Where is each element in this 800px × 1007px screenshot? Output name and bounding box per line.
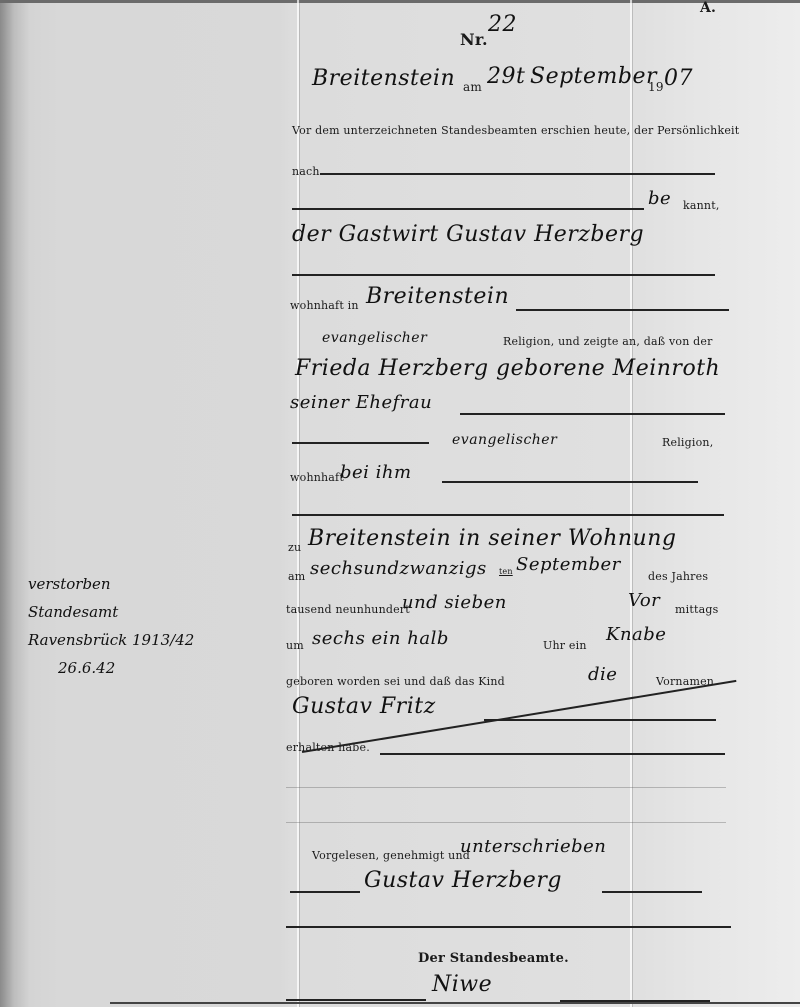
approved-label: Vorgelesen, genehmigt und bbox=[312, 849, 470, 862]
blank-line bbox=[484, 719, 716, 721]
birth-year-words: und sieben bbox=[402, 592, 507, 613]
residence-value: Breitenstein bbox=[366, 284, 509, 309]
registrar-signature: Niwe bbox=[432, 972, 492, 997]
guide-line bbox=[286, 822, 726, 823]
blank-line bbox=[292, 274, 715, 276]
margin-line: verstorben bbox=[28, 570, 194, 598]
form-letter: A. bbox=[700, 0, 716, 16]
number-label: Nr. bbox=[460, 30, 488, 49]
blank-line bbox=[516, 309, 729, 311]
mother-religion: evangelischer bbox=[452, 432, 557, 448]
birth-day-label: am bbox=[288, 570, 305, 583]
birth-day: sechsundzwanzigs bbox=[310, 558, 487, 579]
mother-residence: bei ihm bbox=[340, 462, 412, 483]
um-label: um bbox=[286, 639, 304, 652]
fold-crease-left bbox=[297, 0, 299, 1007]
birth-day-suffix: ten bbox=[499, 567, 513, 576]
margin-line: 26.6.42 bbox=[28, 654, 194, 682]
registrar-title: Der Standesbeamte. bbox=[418, 951, 569, 966]
blank-line bbox=[442, 481, 698, 483]
mother-name: Frieda Herzberg geborene Meinroth bbox=[295, 356, 720, 381]
religion-label-2: Religion, bbox=[662, 436, 713, 449]
fold-crease-right bbox=[630, 0, 632, 1007]
year-prefix: 19 bbox=[648, 80, 664, 94]
blank-line bbox=[602, 891, 702, 893]
residence-label: wohnhaft in bbox=[290, 299, 359, 312]
child-given-names: Gustav Fritz bbox=[292, 694, 436, 719]
margin-line: Ravensbrück 1913/42 bbox=[28, 626, 194, 654]
informant-signature: Gustav Herzberg bbox=[364, 868, 562, 893]
blank-line bbox=[292, 514, 724, 516]
year-suffix: 07 bbox=[664, 66, 693, 91]
child-sex: Knabe bbox=[606, 624, 666, 645]
registration-month: September bbox=[530, 64, 657, 89]
mother-residence-label: wohnhaft bbox=[290, 471, 344, 484]
am-pm-hand: Vor bbox=[628, 590, 660, 611]
mittags-label: mittags bbox=[675, 603, 718, 616]
page-top-edge bbox=[0, 0, 800, 3]
uhr-label: Uhr ein bbox=[543, 639, 587, 652]
blank-line bbox=[460, 413, 725, 415]
blank-line bbox=[380, 753, 725, 755]
margin-annotation: verstorben Standesamt Ravensbrück 1913/4… bbox=[28, 570, 194, 682]
kannt-handwritten: be bbox=[648, 188, 671, 209]
blank-line bbox=[292, 208, 644, 210]
margin-line: Standesamt bbox=[28, 598, 194, 626]
kannt-label: kannt, bbox=[683, 199, 720, 212]
informant-religion: evangelischer bbox=[322, 330, 427, 346]
blank-line bbox=[286, 999, 426, 1001]
birth-place-label: zu bbox=[288, 541, 301, 554]
informant-name: der Gastwirt Gustav Herzberg bbox=[292, 222, 644, 247]
page-bottom-edge bbox=[110, 1002, 800, 1004]
date-connector: am bbox=[463, 80, 482, 94]
guide-line bbox=[286, 787, 726, 788]
birth-time: sechs ein halb bbox=[312, 628, 449, 649]
blank-line bbox=[320, 173, 715, 175]
thousand-label: tausend neunhundert bbox=[286, 603, 410, 616]
registration-place: Breitenstein bbox=[312, 66, 455, 91]
birth-place: Breitenstein in seiner Wohnung bbox=[308, 526, 676, 551]
birth-month: September bbox=[516, 554, 621, 575]
ein-hand: die bbox=[588, 664, 617, 685]
born-label: geboren worden sei und daß das Kind bbox=[286, 675, 505, 688]
intro-text: Vor dem unterzeichneten Standesbeamten e… bbox=[292, 124, 739, 137]
mother-relation: seiner Ehefrau bbox=[290, 392, 432, 413]
approved-hand: unterschrieben bbox=[460, 836, 606, 857]
blank-line bbox=[286, 926, 731, 928]
religion-label-1: Religion, und zeigte an, daß von der bbox=[503, 335, 713, 348]
year-label: des Jahres bbox=[648, 570, 708, 583]
number-value: 22 bbox=[488, 12, 517, 37]
nach-label: nach bbox=[292, 165, 320, 178]
scanned-document-page: A. Nr. 22 Breitenstein am 29t September … bbox=[0, 0, 800, 1007]
blank-line bbox=[290, 891, 360, 893]
registration-day: 29t bbox=[487, 64, 525, 89]
blank-line bbox=[292, 442, 429, 444]
